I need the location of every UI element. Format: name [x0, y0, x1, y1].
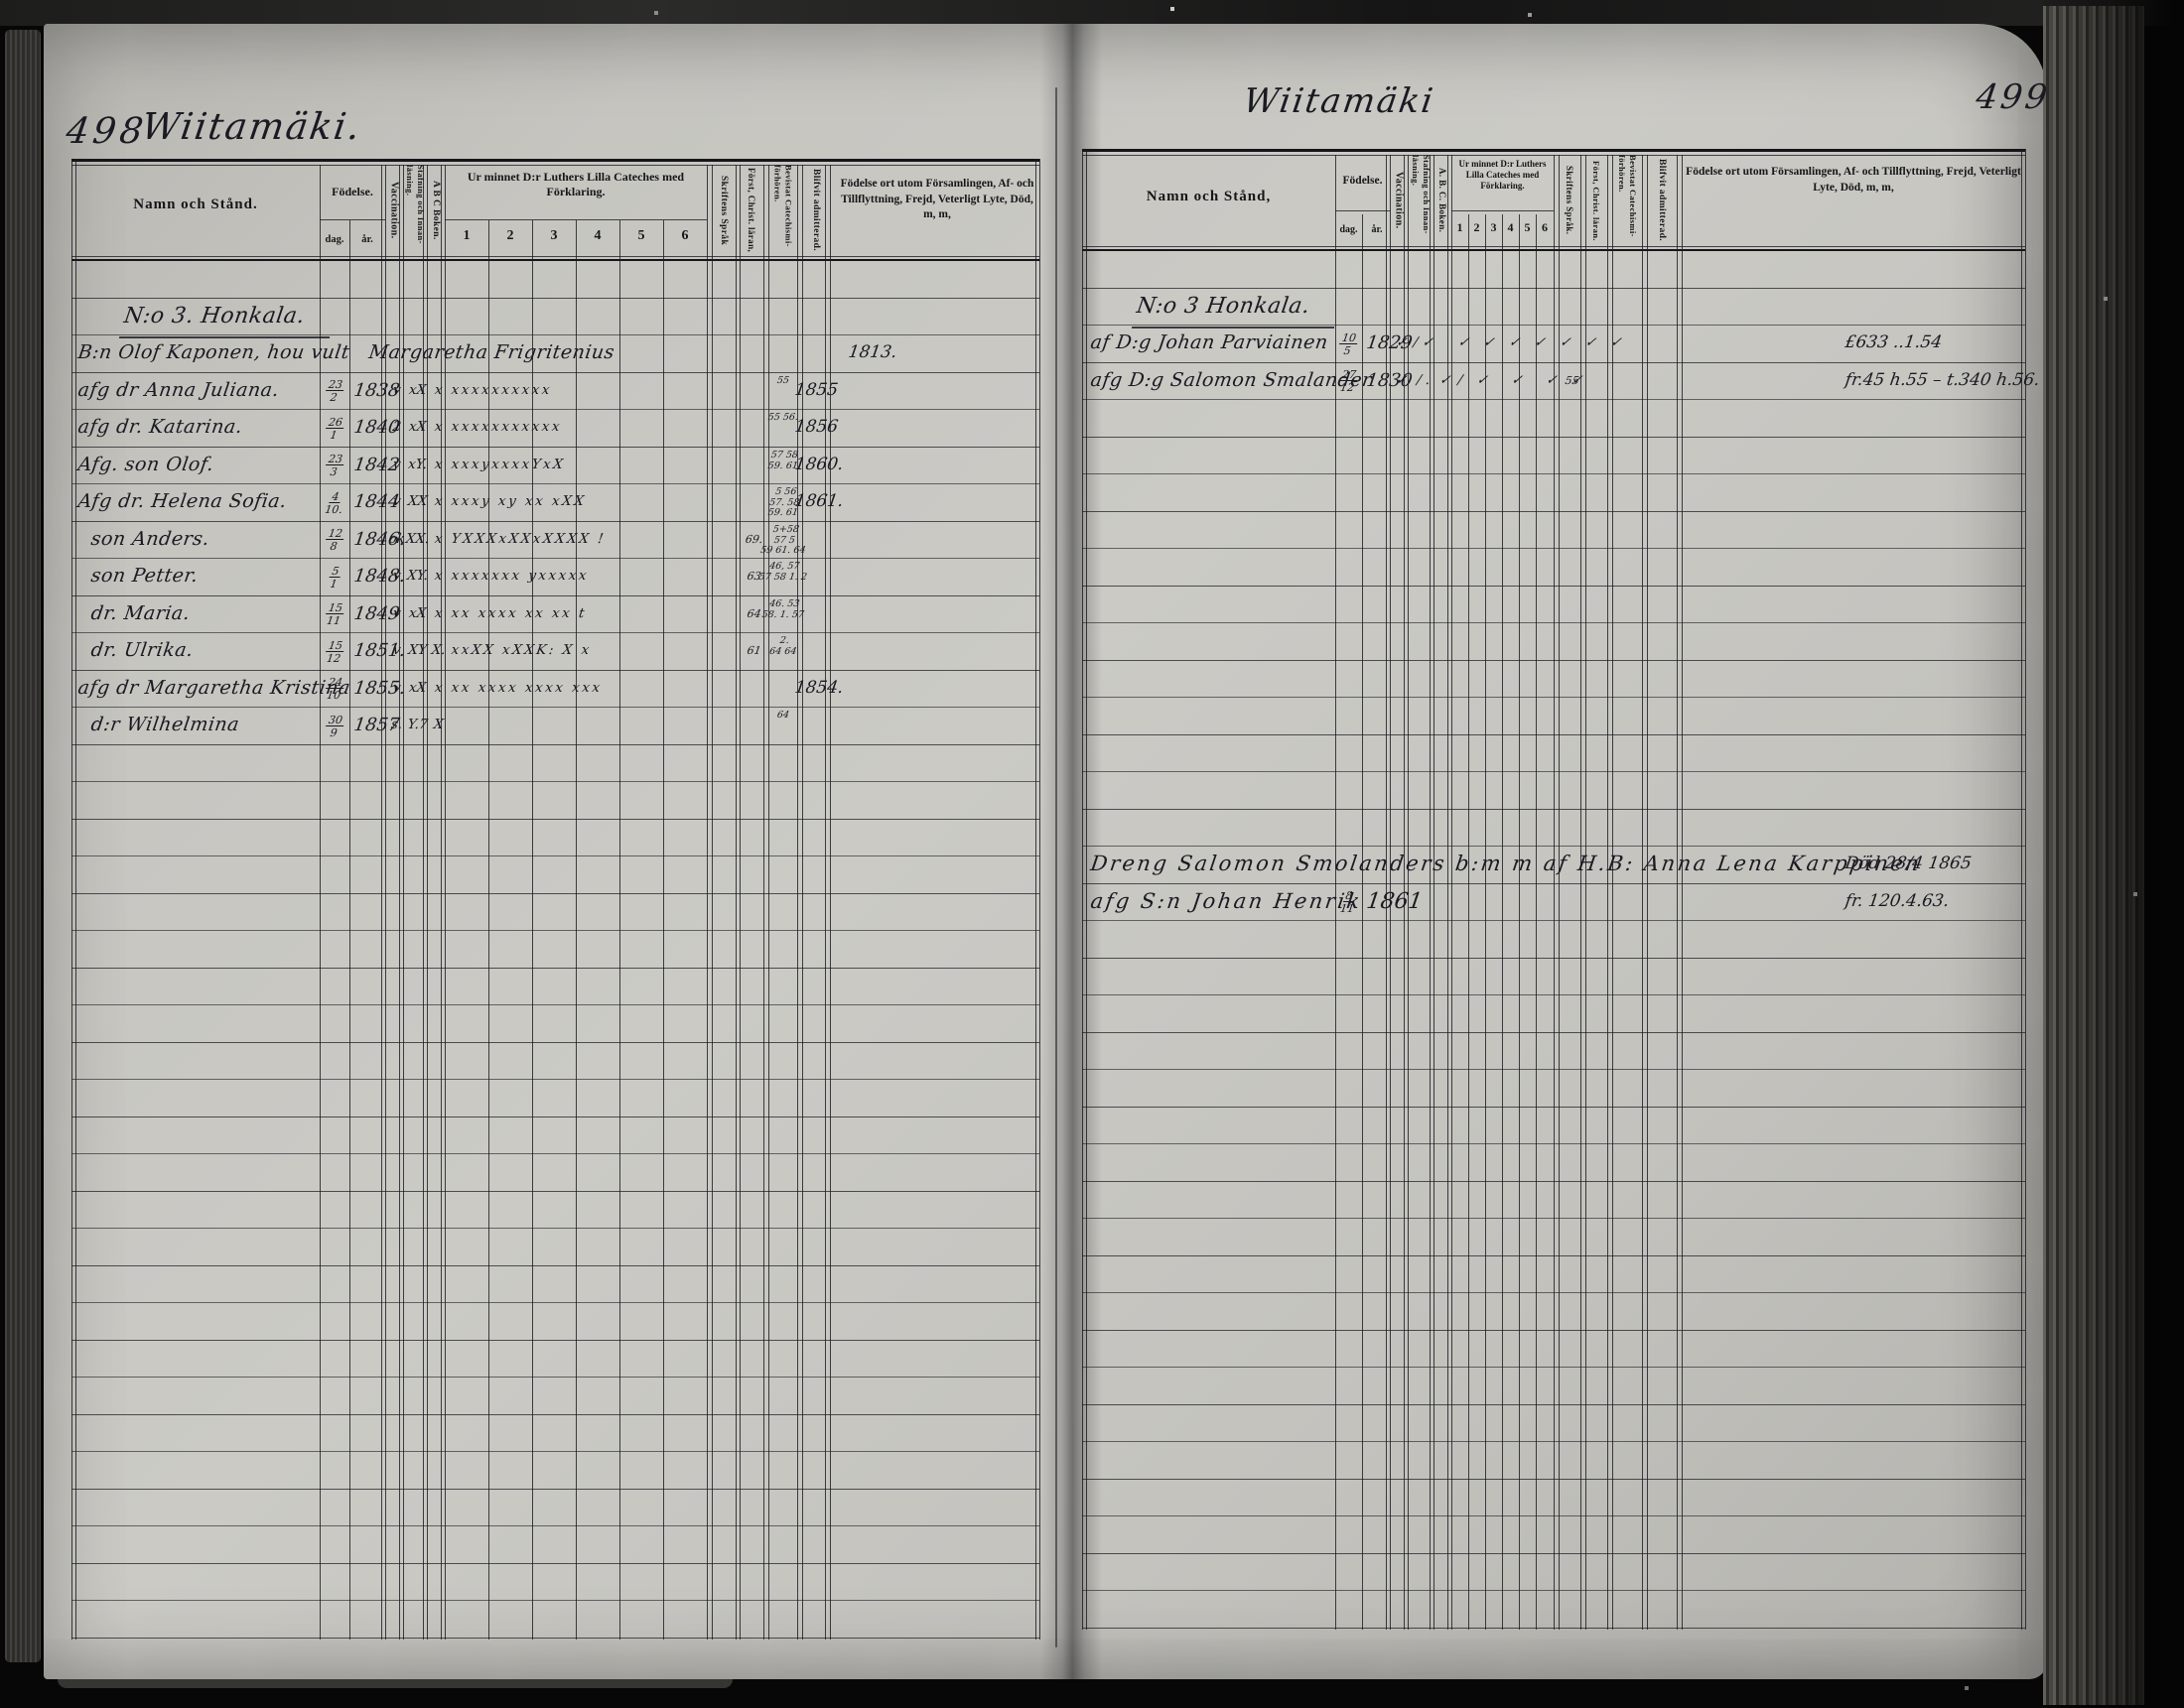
birth-day-fraction: 232 [324, 379, 345, 404]
catechism-marks: xxxy xy xx xXX [449, 483, 589, 521]
row-line [1082, 1404, 2025, 1405]
row-line [71, 930, 1039, 931]
margin-note: 1813. [846, 334, 899, 372]
row-line [71, 1377, 1039, 1378]
person-name: son Petter. [75, 558, 201, 595]
person-name: afg dr. Katarina. [75, 409, 245, 447]
row-line [1082, 1032, 2025, 1033]
person-name: af D:g Johan Parviainen [1088, 325, 1330, 362]
column-line [403, 165, 404, 1640]
subcolumn-line [1536, 214, 1537, 1630]
row-line [71, 819, 1039, 820]
subcolumn-line [1519, 214, 1520, 1630]
column-line [1682, 155, 1683, 1630]
birth-day-fraction: 1512 [324, 640, 345, 665]
person-name: Afg dr. Helena Sofia. [75, 483, 289, 521]
catechism-marks: YXXXxXXxXXXX ! [449, 521, 609, 559]
catechism-marks: xx xxxx xxxx xxx [449, 670, 605, 708]
column-line [1647, 155, 1648, 1630]
birth-day-fraction: 105 [1337, 332, 1359, 357]
abc-mark: x [432, 372, 445, 410]
person-name: afg dr Margaretha Kristina [75, 670, 352, 708]
person-name: dr. Ulrika. [75, 632, 196, 670]
subcolumn-line [1362, 214, 1363, 1630]
book-fold-crease [1055, 87, 1057, 1647]
row-line [1082, 437, 2025, 438]
attendance-years: 5+58 57 5 59 61. 64 [751, 525, 818, 557]
column-line [427, 165, 428, 1640]
row-line [1082, 660, 2025, 661]
row-line [1082, 1553, 2025, 1554]
row-line [71, 1079, 1039, 1080]
row-line [1082, 473, 2025, 474]
row-line [1082, 958, 2025, 959]
row-line [71, 1302, 1039, 1303]
person-name: afg dr Anna Juliana. [75, 372, 282, 410]
birth-day-fraction: 261 [324, 417, 345, 442]
column-line [445, 165, 446, 1640]
spelling-mark: xX [406, 409, 429, 447]
subcolumn-line [1485, 214, 1486, 1630]
birth-day-fraction: 309 [324, 715, 345, 739]
attendance-years: 64 [751, 711, 815, 722]
column-line [1451, 155, 1452, 1630]
book-gutter-shadow [1040, 24, 1102, 1679]
row-line [71, 1489, 1039, 1490]
abc-mark: x [432, 595, 445, 633]
abc-mark: x [432, 447, 445, 484]
subcolumn-line [1502, 214, 1503, 1630]
person-name: son Anders. [75, 521, 212, 559]
row-line [1082, 1590, 2025, 1591]
catechism-marks: xxxxxxxxxxx [449, 409, 565, 447]
birth-day-fraction: 2712 [1337, 369, 1359, 394]
margin-note: £633 ..1.54 [1843, 325, 1945, 362]
catechism-marks: xxxxxxxxxx [449, 372, 554, 410]
catechism-marks: ✓ ✓ ✓ ✓ ✓ ✓ ✓ [1455, 325, 1629, 362]
column-line [736, 165, 737, 1640]
abc-mark: X [431, 707, 446, 744]
row-line [71, 744, 1039, 745]
admitted-year: 1860. [792, 447, 846, 484]
row-line [1082, 1367, 2025, 1368]
table-border-line [75, 159, 76, 1640]
row-line [1082, 1479, 2025, 1480]
row-line [1082, 1107, 2025, 1108]
row-line [71, 1600, 1039, 1601]
row-line [71, 1525, 1039, 1526]
abc-mark: x [432, 483, 445, 521]
household-heading: N:o 3. Honkala. [119, 298, 335, 338]
row-line [71, 1117, 1039, 1117]
row-line [1082, 1218, 2025, 1219]
row-line [71, 855, 1039, 856]
row-line [1082, 1441, 2025, 1442]
birth-day-fraction: 128 [324, 528, 345, 553]
row-line [1082, 1255, 2025, 1256]
subcolumn-line [1468, 214, 1469, 1630]
birth-day-fraction: 233 [324, 454, 345, 478]
row-line [71, 893, 1039, 894]
attendance-years: 2. 64 64 [751, 636, 817, 657]
attendance-years: 46, 57 57 58 1. 2 [751, 562, 817, 583]
column-line [1612, 155, 1613, 1630]
margin-note: fr.45 h.55 – t.340 h.56. [1843, 362, 2042, 400]
catechism-marks: xxxyxxxxYxX [449, 447, 568, 484]
row-line [71, 1563, 1039, 1564]
spelling-mark: xX [406, 372, 429, 410]
admitted-year: 1855 [792, 372, 841, 410]
row-line [71, 1042, 1039, 1043]
row-line [71, 1265, 1039, 1266]
row-line [71, 1191, 1039, 1192]
column-line [1642, 155, 1643, 1630]
person-name: afg S:n Johan Henrik [1088, 883, 1364, 921]
spelling-mark: XY [406, 632, 430, 670]
column-line [1677, 155, 1678, 1630]
abc-mark: x [432, 558, 445, 595]
birth-day-fraction: 2410 [324, 677, 345, 702]
column-line [1433, 155, 1434, 1630]
margin-note: Död 28/4 1865 [1843, 846, 1974, 883]
catechism-marks: xx xxxx xx xx t [449, 595, 590, 633]
row-line [1082, 586, 2025, 587]
admitted-year: 1854. [792, 670, 846, 708]
row-line [1082, 1181, 2025, 1182]
column-line [740, 165, 741, 1640]
row-line [71, 1153, 1039, 1154]
person-name: dr. Maria. [75, 595, 193, 633]
spelling-mark: xX [406, 670, 429, 708]
row-line [71, 781, 1039, 782]
abc-mark: x [432, 409, 445, 447]
birth-year: 1861 [1364, 883, 1425, 921]
table-border-line [1035, 159, 1036, 1640]
person-name: B:n Olof Kaponen, hou vult Margaretha Fr… [75, 334, 617, 372]
person-name: d:r Wilhelmina [75, 707, 242, 744]
row-line [1082, 1330, 2025, 1331]
row-line [71, 1638, 1039, 1639]
row-line [71, 968, 1039, 969]
row-line [71, 1414, 1039, 1415]
birth-day-fraction: 410. [324, 491, 344, 516]
catechism-marks: xxXX xXXK: X x [449, 632, 594, 670]
row-line [1082, 1069, 2025, 1070]
row-line [71, 1451, 1039, 1452]
admitted-year: 1856 [792, 409, 841, 447]
attendance-years: 46. 53 58. 1. 57 [751, 599, 817, 620]
abc-mark: x [432, 670, 445, 708]
row-line [1082, 697, 2025, 698]
row-line [1082, 1143, 2025, 1144]
column-line [1607, 155, 1608, 1630]
row-line [1082, 994, 2025, 995]
margin-note: fr. 120.4.63. [1843, 883, 1952, 921]
household-heading: N:o 3 Honkala. [1132, 288, 1340, 328]
admitted-year: 1861. [792, 483, 846, 521]
column-line [712, 165, 713, 1640]
person-name: Afg. son Olof. [75, 447, 216, 484]
column-line [707, 165, 708, 1640]
person-name: afg D:g Salomon Smalander [1088, 362, 1374, 400]
birth-day-fraction: 51 [328, 566, 342, 591]
spelling-mark: xX [406, 595, 429, 633]
spelling-mark: / ✓ [1411, 325, 1435, 362]
row-line [1082, 734, 2025, 735]
book-scan: 498 Wiitamäki. Namn och Stånd. Födelse. … [0, 0, 2184, 1708]
abc-mark: x [432, 521, 445, 559]
row-line [1082, 622, 2025, 623]
column-line [320, 165, 321, 1640]
row-line [71, 1340, 1039, 1341]
row-line [1082, 1628, 2025, 1629]
person-name: Dreng Salomon Smolanders b:m m af H.B: A… [1088, 846, 1924, 883]
row-line [1082, 809, 2025, 810]
row-line [1082, 1292, 2025, 1293]
row-line [71, 1004, 1039, 1005]
catechism-marks: xxxxxxx yxxxxx [449, 558, 592, 595]
table-border-line [71, 159, 72, 1640]
row-line [1082, 511, 2025, 512]
row-line [1082, 771, 2025, 772]
birth-day-fraction: 1511 [324, 602, 345, 627]
row-line [1082, 548, 2025, 549]
row-line [71, 1228, 1039, 1229]
row-line [1082, 1515, 2025, 1516]
